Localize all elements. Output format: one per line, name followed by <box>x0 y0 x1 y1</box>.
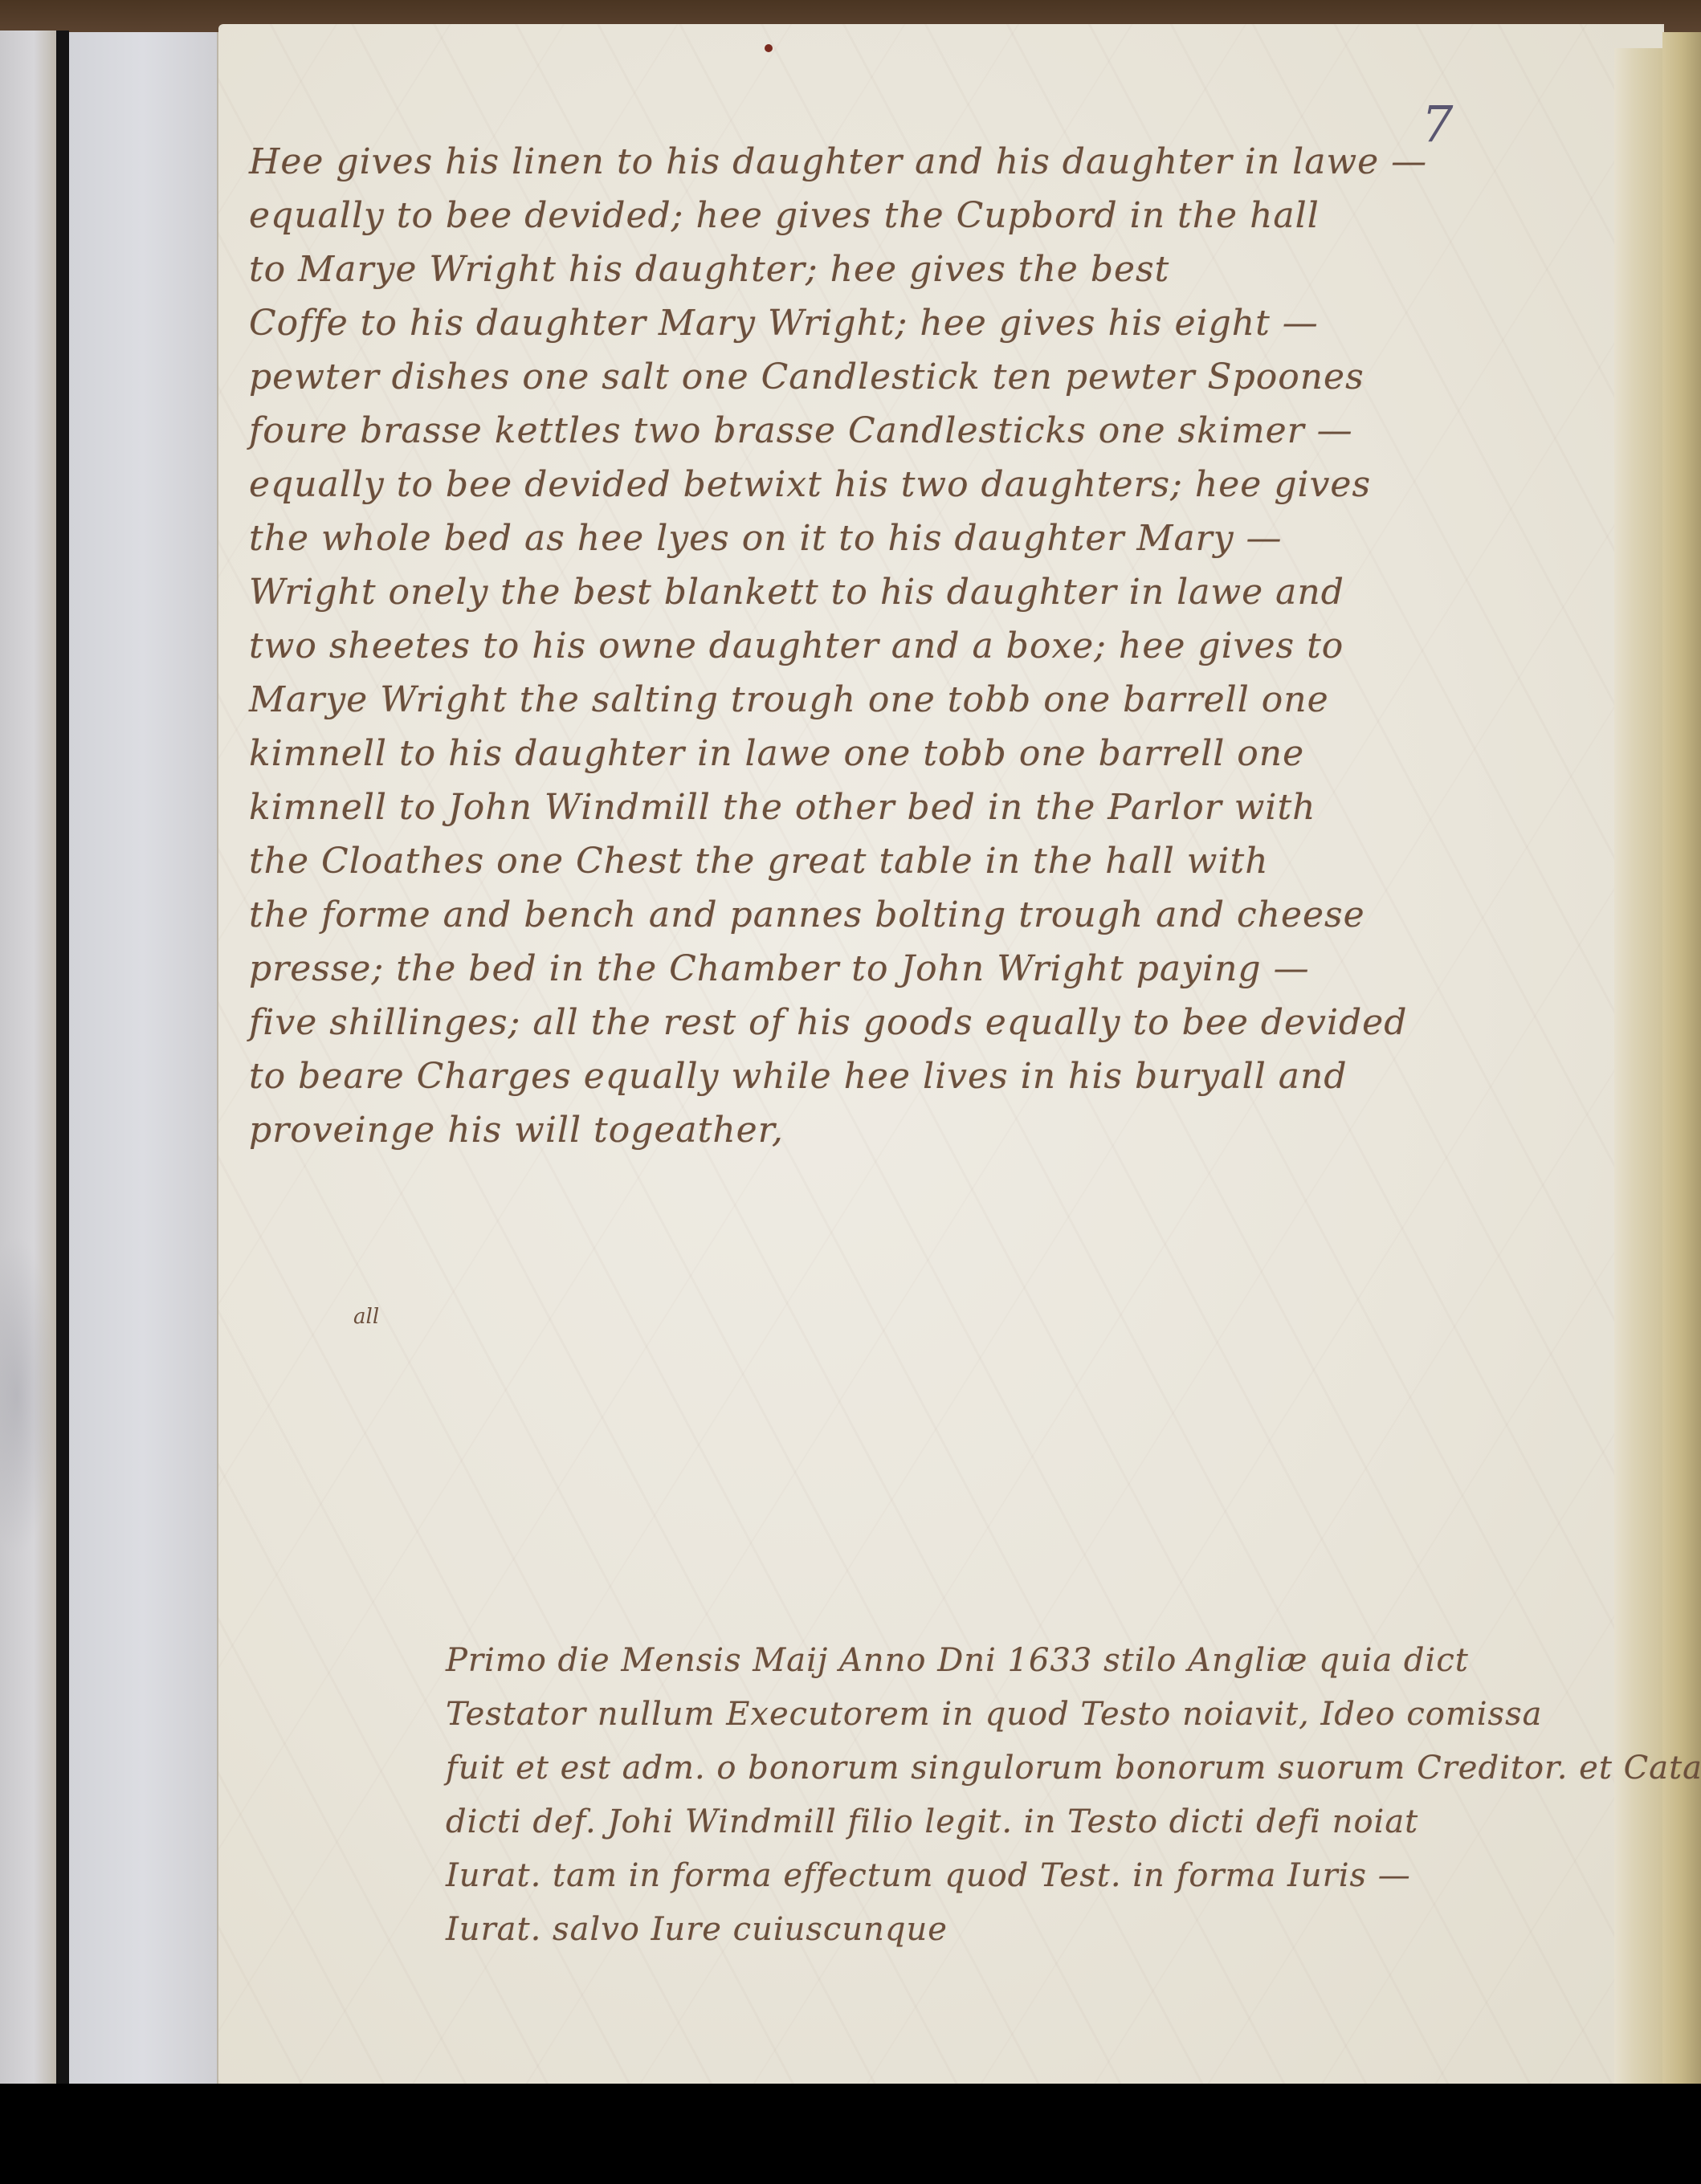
text-line: kimnell to John Windmill the other bed i… <box>249 780 1502 834</box>
interlinear-insertion: all <box>353 1305 379 1329</box>
bottom-black-band <box>0 2084 1701 2184</box>
probate-line: Primo die Mensis Maij Anno Dni 1633 stil… <box>446 1634 1530 1688</box>
text-line: Wright onely the best blankett to his da… <box>249 565 1502 619</box>
text-line: kimnell to his daughter in lawe one tobb… <box>249 727 1502 780</box>
text-line: equally to bee devided; hee gives the Cu… <box>249 189 1502 242</box>
text-line: presse; the bed in the Chamber to John W… <box>249 942 1502 996</box>
will-text: Hee gives his linen to his daughter and … <box>249 135 1502 1157</box>
text-line: the forme and bench and pannes bolting t… <box>249 888 1502 942</box>
text-line: Marye Wright the salting trough one tobb… <box>249 673 1502 727</box>
text-line: five shillinges; all the rest of his goo… <box>249 996 1502 1049</box>
probate-line: fuit et est adm. o bonorum singulorum bo… <box>446 1742 1530 1795</box>
text-line: to Marye Wright his daughter; hee gives … <box>249 242 1502 296</box>
text-line: the whole bed as hee lyes on it to his d… <box>249 511 1502 565</box>
text-line: Hee gives his linen to his daughter and … <box>249 135 1502 189</box>
text-line: equally to bee devided betwixt his two d… <box>249 458 1502 511</box>
show-through-ink <box>0 1235 56 1556</box>
guard-strip <box>69 32 218 2084</box>
manuscript-photograph: 7 Hee gives his linen to his daughter an… <box>0 0 1701 2084</box>
text-line: to beare Charges equally while hee lives… <box>249 1049 1502 1103</box>
probate-clause: Primo die Mensis Maij Anno Dni 1633 stil… <box>446 1634 1530 1957</box>
text-line: foure brasse kettles two brasse Candlest… <box>249 404 1502 458</box>
text-line: proveinge his will togeather, <box>249 1103 1502 1157</box>
probate-line: Iurat. salvo Iure cuiuscunque <box>446 1903 1530 1957</box>
text-line: pewter dishes one salt one Candlestick t… <box>249 350 1502 404</box>
binding-gutter <box>56 31 69 2084</box>
text-line: two sheetes to his owne daughter and a b… <box>249 619 1502 673</box>
probate-line: dicti def. Johi Windmill filio legit. in… <box>446 1795 1530 1849</box>
text-line: the Cloathes one Chest the great table i… <box>249 834 1502 888</box>
ink-blot <box>765 44 773 52</box>
text-line: Coffe to his daughter Mary Wright; hee g… <box>249 296 1502 350</box>
probate-line: Iurat. tam in forma effectum quod Test. … <box>446 1849 1530 1903</box>
previous-leaf-edge <box>0 31 56 2084</box>
probate-line: Testator nullum Executorem in quod Testo… <box>446 1688 1530 1742</box>
